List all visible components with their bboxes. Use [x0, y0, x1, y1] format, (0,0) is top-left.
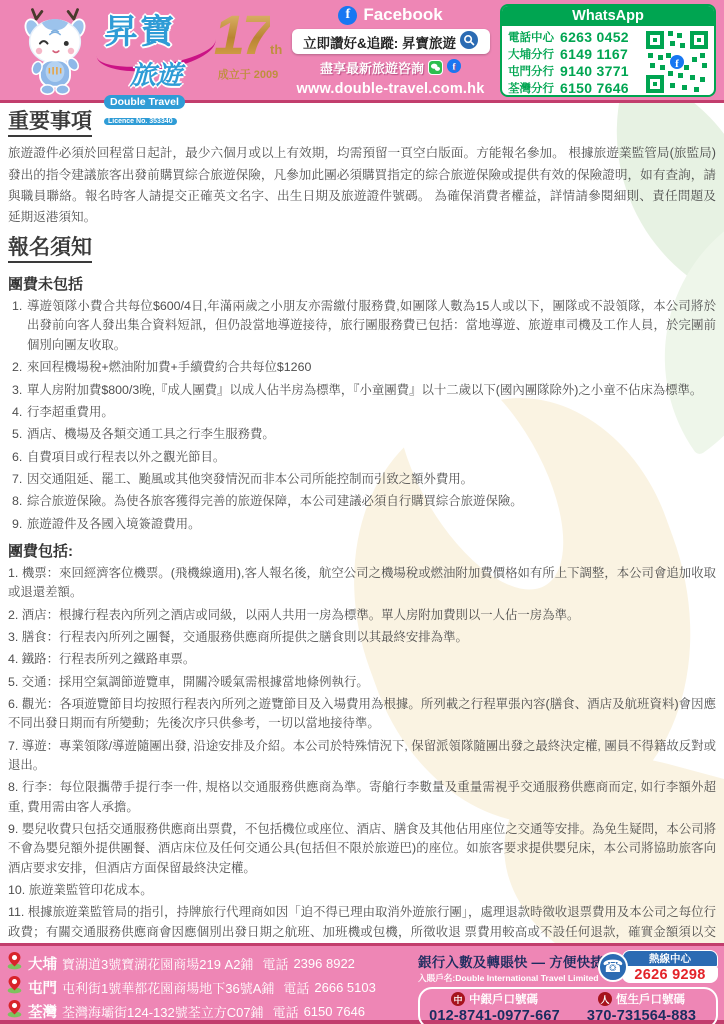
list-item: 單人房附加費$800/3晚,『成人團費』以成人佔半房為標準，『小童團費』以十二歲…: [8, 381, 716, 400]
list-item: 機票：來回經濟客位機票。(飛機線適用),客人報名後，航空公司之機場稅或燃油附加費…: [8, 564, 716, 603]
list-item: 膳食：行程表內所列之團餐，交通服務供應商所提供之膳食則以其最終安排為準。: [8, 628, 716, 647]
whatsapp-line-label: 屯門分行: [508, 63, 554, 79]
location-pin-icon: [6, 951, 23, 975]
brand-logo: 昇寶 旅遊 Double Travel Licence No. 353340: [104, 4, 214, 128]
hotline-badge: ☎ 熱線中心 2626 9298: [598, 950, 718, 983]
boc-label: 中銀戶口號碼: [469, 991, 538, 1007]
whatsapp-title: WhatsApp: [502, 6, 714, 26]
branch-name: 屯門: [28, 977, 57, 998]
facebook-title: Facebook: [363, 5, 442, 25]
whatsapp-line-number[interactable]: 6263 0452: [560, 29, 629, 45]
brand-name-cn-2: 旅遊: [130, 55, 214, 92]
hangseng-bank-icon: 人: [598, 992, 612, 1006]
list-item: 因交通阻延、罷工、颱風或其他突發情況而非本公司所能控制而引致之額外費用。: [8, 470, 716, 489]
section-title-important: 重要事項: [8, 109, 92, 137]
facebook-title-row: f Facebook: [288, 5, 493, 25]
list-item: 觀光：各項遊覽節目均按照行程表內所列之遊覽節目及入場費用為根據。所列載之行程單張…: [8, 695, 716, 734]
list-item: 根據旅遊業監管局的指引，持牌旅行代理商如因「迫不得已理由取消外遊旅行團」，處理退…: [8, 903, 716, 943]
whatsapp-line[interactable]: 屯門分行 9140 3771: [508, 62, 644, 79]
list-item: 嬰兒收費只包括交通服務供應商出票費，不包括機位或座位、酒店、膳食及其他佔用座位之…: [8, 820, 716, 878]
whatsapp-panel: WhatsApp 電話中心 6263 0452 大埔分行 6149 1167 屯…: [500, 4, 716, 97]
anniversary-year: 成立于 2009: [208, 66, 288, 82]
list-item: 導遊：專業領隊/導遊隨團出發, 沿途安排及介紹。本公司於特殊情況下, 保留派領隊…: [8, 737, 716, 776]
branch-address: 屯利街1號華都花園商場地下36號A鋪: [62, 978, 274, 997]
boc-account: 中 中銀戶口號碼 012-8741-0977-667: [428, 991, 561, 1024]
brand-name-cn: 昇寶: [104, 4, 214, 53]
bank-panel: 銀行入數及轉賬快 — 方便快捷 入賬戶名:Double Internationa…: [418, 951, 718, 1016]
website-url[interactable]: www.double-travel.com.hk: [288, 81, 493, 97]
boc-bank-icon: 中: [451, 992, 465, 1006]
whatsapp-line-label: 荃灣分行: [508, 80, 554, 96]
anniversary-number: 17: [214, 3, 270, 66]
branch-phone-label: 電話: [283, 978, 309, 997]
hangseng-label: 恆生戶口號碼: [616, 991, 685, 1007]
svg-text:f: f: [675, 58, 679, 70]
whatsapp-line[interactable]: 電話中心 6263 0452: [508, 28, 644, 45]
list-item: 綜合旅遊保險。為使各旅客獲得完善的旅遊保障，本公司建議必須自行購買綜合旅遊保險。: [8, 492, 716, 511]
branch-name: 荃灣: [28, 1001, 57, 1022]
facebook-block: f Facebook 立即讚好&追蹤: 昇寶旅遊 盡享最新旅遊咨詢 f www.…: [288, 5, 493, 97]
included-list: 機票：來回經濟客位機票。(飛機線適用),客人報名後，航空公司之機場稅或燃油附加費…: [8, 564, 716, 943]
search-icon[interactable]: [460, 31, 478, 52]
header: 昇寶 旅遊 Double Travel Licence No. 353340 1…: [0, 0, 724, 103]
branch-phone[interactable]: 2396 8922: [293, 956, 354, 971]
anniversary-suffix: th: [270, 42, 282, 57]
whatsapp-line-label: 電話中心: [508, 29, 554, 45]
important-paragraph: 旅遊證件必須於回程當日起計，最少六個月或以上有效期，均需預留一頁空白版面。方能報…: [8, 143, 716, 229]
whatsapp-line-label: 大埔分行: [508, 46, 554, 62]
branch-name: 大埔: [28, 953, 57, 974]
brand-name-en: Double Travel: [104, 95, 185, 109]
licence-number: Licence No. 353340: [104, 118, 177, 125]
whatsapp-line-number[interactable]: 6150 7646: [560, 80, 629, 96]
tagline-text: 盡享最新旅遊咨詢: [320, 58, 424, 77]
branch-phone[interactable]: 2666 5103: [314, 980, 375, 995]
facebook-follow-pill[interactable]: 立即讚好&追蹤: 昇寶旅遊: [292, 29, 490, 54]
location-pin-icon: [6, 999, 23, 1023]
whatsapp-line-number[interactable]: 9140 3771: [560, 63, 629, 79]
excluded-list: 導遊領隊小費合共每位$600/4日,年滿兩歲之小朋友亦需繳付服務費,如團隊人數為…: [8, 297, 716, 534]
hangseng-account-number: 370-731564-883: [575, 1008, 708, 1024]
tagline-row: 盡享最新旅遊咨詢 f: [288, 58, 493, 77]
list-item: 酒店：根據行程表內所列之酒店或同級，以兩人共用一房為標準。單人房附加費則以一人佔…: [8, 606, 716, 625]
anniversary-badge: 17th 成立于 2009: [208, 6, 288, 82]
flyer-page: 昇寶 旅遊 Double Travel Licence No. 353340 1…: [0, 0, 724, 1024]
list-item: 酒店、機場及各類交通工具之行李生服務費。: [8, 425, 716, 444]
section-title-notice: 報名須知: [8, 235, 92, 263]
list-item: 行李：每位限攜帶手提行李一件, 規格以交通服務供應商為準。寄艙行李數量及重量需視…: [8, 778, 716, 817]
list-item: 鐵路：行程表所列之鐵路車票。: [8, 650, 716, 669]
whatsapp-line-number[interactable]: 6149 1167: [560, 46, 628, 62]
branch-phone-label: 電話: [273, 1002, 299, 1021]
branch-row: 荃灣 荃灣海壩街124-132號荃立方C07鋪 電話 6150 7646: [6, 999, 412, 1023]
location-pin-icon: [6, 975, 23, 999]
excluded-subtitle: 團費未包括: [8, 273, 716, 294]
list-item: 導遊領隊小費合共每位$600/4日,年滿兩歲之小朋友亦需繳付服務費,如團隊人數為…: [8, 297, 716, 355]
facebook-icon[interactable]: f: [338, 6, 357, 25]
branch-address: 寶湖道3號寶湖花園商場219 A2鋪: [62, 954, 253, 973]
whatsapp-lines: 電話中心 6263 0452 大埔分行 6149 1167 屯門分行 9140 …: [508, 28, 644, 97]
boc-account-number: 012-8741-0977-667: [428, 1008, 561, 1024]
list-item: 旅遊證件及各國入境簽證費用。: [8, 515, 716, 534]
branch-address: 荃灣海壩街124-132號荃立方C07鋪: [62, 1002, 264, 1021]
branch-phone[interactable]: 6150 7646: [304, 1004, 365, 1019]
bank-accounts: 中 中銀戶口號碼 012-8741-0977-667 人 恆生戶口號碼 370-…: [418, 987, 718, 1024]
list-item: 交通：採用空氣調節遊覽車，開關冷暖氣需根據當地條例執行。: [8, 673, 716, 692]
branch-row: 大埔 寶湖道3號寶湖花園商場219 A2鋪 電話 2396 8922: [6, 951, 412, 975]
list-item: 自費項目或行程表以外之觀光節目。: [8, 448, 716, 467]
list-item: 來回程機場稅+燃油附加費+手續費約合共每位$1260: [8, 358, 716, 377]
included-subtitle: 團費包括:: [8, 540, 716, 561]
hangseng-account: 人 恆生戶口號碼 370-731564-883: [575, 991, 708, 1024]
facebook-small-icon[interactable]: f: [447, 59, 461, 76]
branch-list: 大埔 寶湖道3號寶湖花園商場219 A2鋪 電話 2396 8922 屯門 屯利…: [6, 951, 412, 1016]
phone-icon: ☎: [598, 952, 628, 982]
branch-phone-label: 電話: [262, 954, 288, 973]
qr-code[interactable]: f: [644, 29, 710, 97]
list-item: 行李超重費用。: [8, 403, 716, 422]
hotline-number[interactable]: 2626 9298: [622, 967, 718, 983]
hotline-label: 熱線中心: [622, 950, 718, 967]
wechat-icon[interactable]: [428, 60, 443, 75]
list-item: 旅遊業監管印花成本。: [8, 881, 716, 900]
main-content: 重要事項 旅遊證件必須於回程當日起計，最少六個月或以上有效期，均需預留一頁空白版…: [0, 103, 724, 943]
branch-row: 屯門 屯利街1號華都花園商場地下36號A鋪 電話 2666 5103: [6, 975, 412, 999]
whatsapp-line[interactable]: 大埔分行 6149 1167: [508, 45, 644, 62]
whatsapp-line[interactable]: 荃灣分行 6150 7646: [508, 79, 644, 96]
mascot-deer: [8, 4, 102, 103]
facebook-follow-text: 立即讚好&追蹤: 昇寶旅遊: [303, 32, 456, 52]
footer: 大埔 寶湖道3號寶湖花園商場219 A2鋪 電話 2396 8922 屯門 屯利…: [0, 943, 724, 1024]
